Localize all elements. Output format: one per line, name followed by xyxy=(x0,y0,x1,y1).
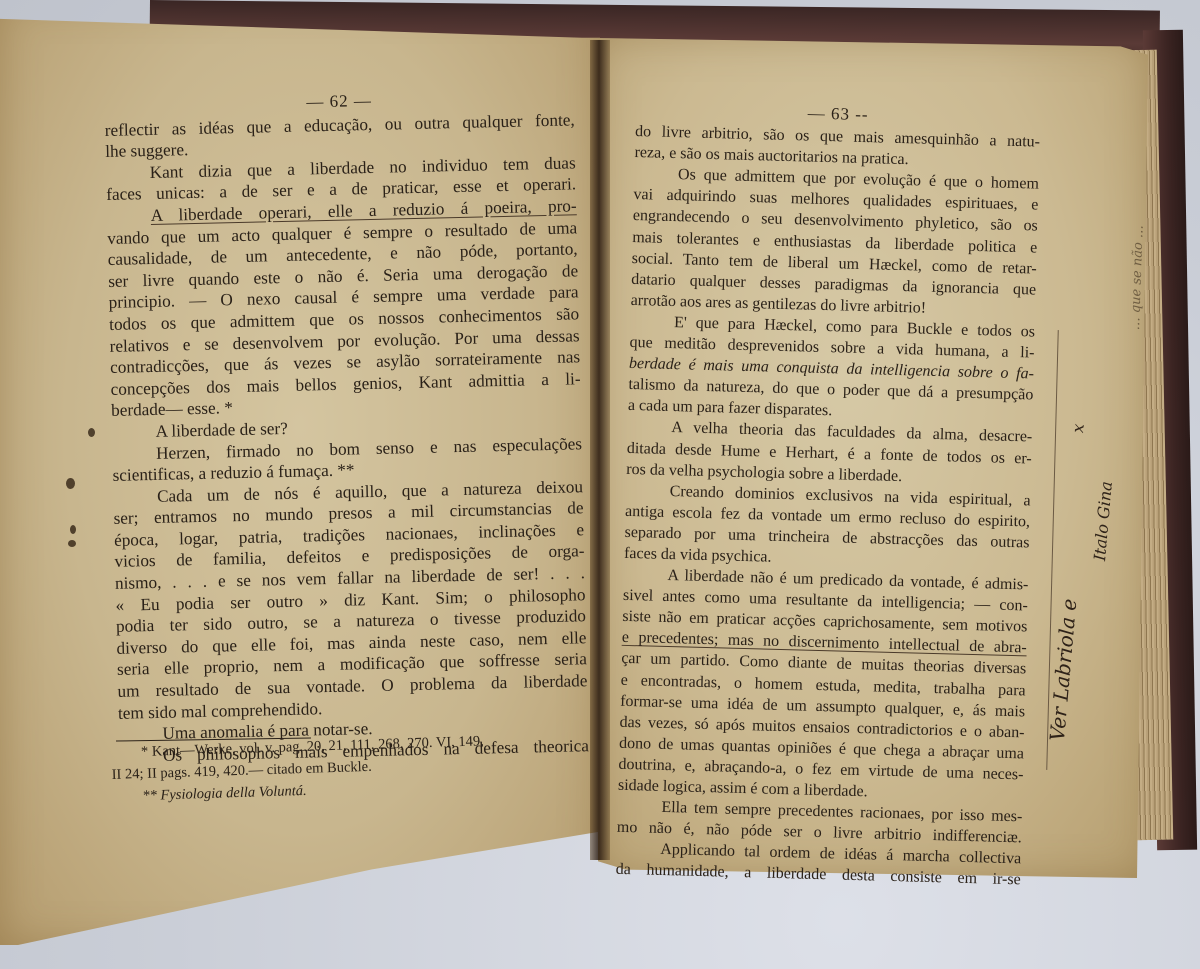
book-gutter xyxy=(590,40,610,860)
right-page-text: — 63 -- do livre arbitrio, são os que ma… xyxy=(616,98,1041,891)
ink-stain xyxy=(70,525,76,534)
handwritten-mark: x xyxy=(1068,423,1088,434)
left-page-text: — 62 — reflectir as idéas que a educação… xyxy=(104,85,589,767)
ink-stain xyxy=(88,428,95,437)
ink-stain xyxy=(68,540,76,547)
footnotes: * Kant—Werke, vol. v. pag. 20, 21, 111, … xyxy=(110,705,578,808)
ink-stain xyxy=(66,478,75,489)
